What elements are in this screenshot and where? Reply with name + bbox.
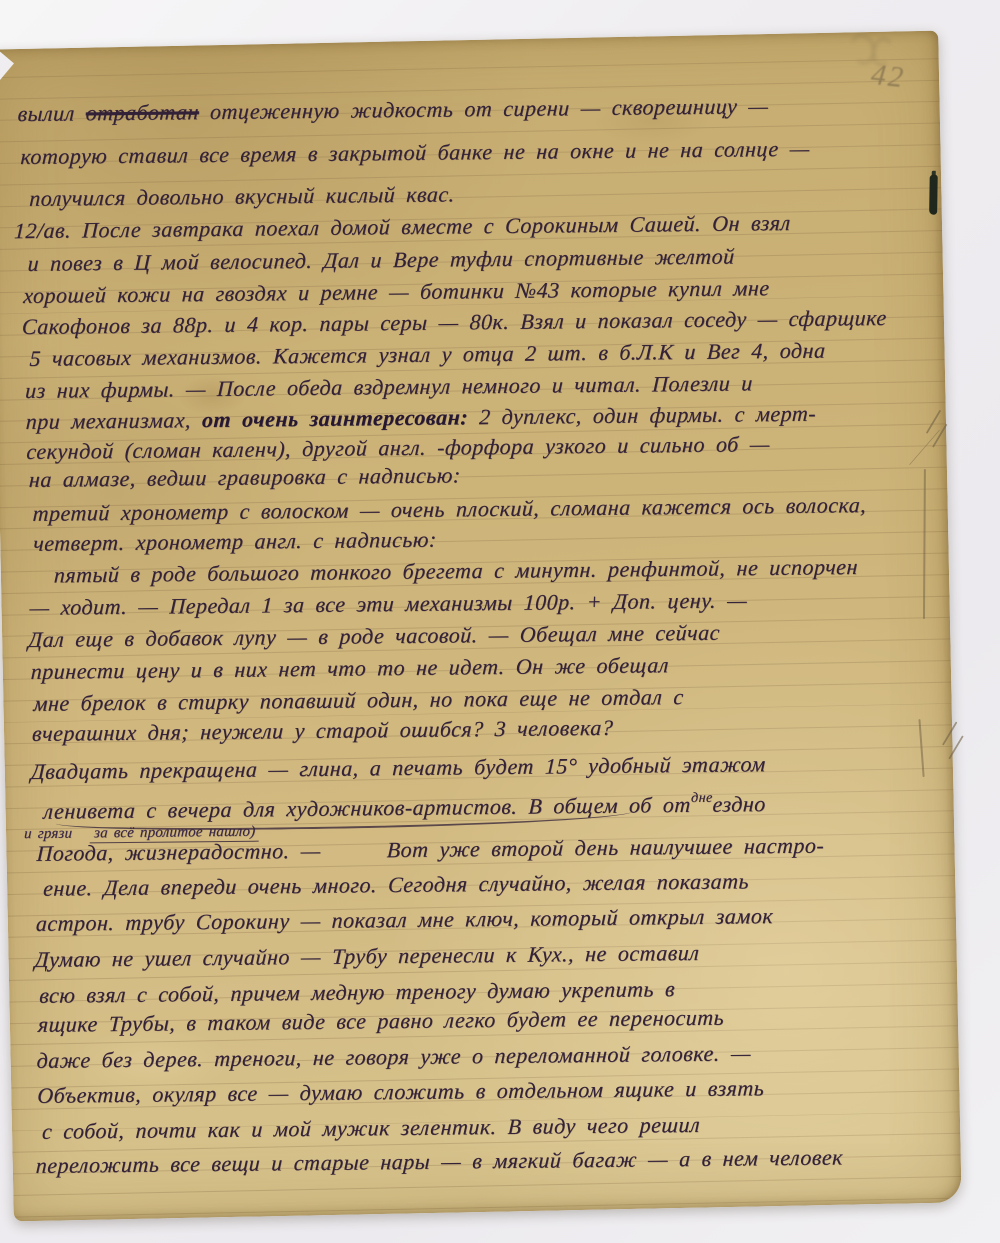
handwriting-segment: отработан — [85, 99, 199, 125]
handwritten-line: которую ставил все время в закрытой банк… — [20, 136, 810, 170]
pencil-slash-mark — [942, 721, 958, 745]
pencil-smudge — [846, 29, 899, 70]
handwriting-segment: Объектив, окуляр все — думаю сложить в о… — [37, 1075, 765, 1108]
handwriting-segment: 5 часовых механизмов. Кажется узнал у от… — [29, 338, 826, 371]
handwriting-block: вылил отработан отцеженную жидкость от с… — [0, 31, 938, 50]
handwriting-segment: с собой, почти как и мой мужик зелентик.… — [42, 1112, 701, 1144]
handwriting-segment: третий хронометр с волоском — очень плос… — [32, 492, 867, 526]
handwritten-line: вылил отработан отцеженную жидкость от с… — [17, 93, 769, 127]
handwritten-line: при механизмах, от очень заинтересован: … — [25, 401, 816, 435]
handwritten-line: пятый в роде большого тонкого брегета с … — [53, 554, 858, 588]
margin-pencil-line — [923, 469, 926, 619]
handwritten-line: с собой, почти как и мой мужик зелентик.… — [42, 1112, 701, 1145]
handwriting-segment: ящике Трубы, в таком виде все равно легк… — [37, 1005, 724, 1037]
handwriting-segment: которую ставил все время в закрытой банк… — [20, 136, 810, 169]
handwriting-segment: астрон. трубу Сорокину — показал мне клю… — [35, 903, 773, 936]
handwriting-segment: на алмазе, ведши гравировка с надписью: — [28, 462, 461, 492]
handwritten-line: мне брелок в стирку попавший один, но по… — [33, 684, 684, 717]
handwriting-segment: при механизмах, — [25, 407, 202, 434]
handwriting-segment: переложить все вещи и старые нары — в мя… — [35, 1144, 843, 1177]
handwritten-line: астрон. трубу Сорокину — показал мне клю… — [35, 903, 773, 937]
ink-blot — [929, 175, 938, 215]
handwriting-segment: из них фирмы. — После обеда вздремнул не… — [25, 370, 754, 403]
handwriting-segment: получился довольно вкусный кислый квас. — [29, 181, 455, 210]
handwriting-segment: Сакофонов за 88р. и 4 кор. пары серы — 8… — [21, 305, 887, 339]
handwritten-line: 5 часовых механизмов. Кажется узнал у от… — [29, 338, 826, 372]
pencil-slash-mark — [948, 735, 964, 759]
handwriting-segment: 12/ав. После завтрака поехал домой вмест… — [13, 210, 791, 243]
handwritten-line: принести цену и в них нет что то не идет… — [30, 652, 669, 685]
handwritten-line: ение. Дела впереди очень много. Сегодня … — [43, 868, 750, 901]
handwritten-line: Объектив, окуляр все — думаю сложить в о… — [37, 1075, 765, 1109]
handwritten-line: — ходит. — Передал 1 за все эти механизм… — [29, 587, 748, 621]
handwritten-line: Двадцать прекращена — глина, а печать бу… — [30, 751, 766, 785]
handwritten-line: переложить все вещи и старые нары — в мя… — [35, 1144, 843, 1178]
handwriting-segment: всю взял с собой, причем медную треногу … — [39, 976, 676, 1008]
margin-pencil-line — [918, 719, 924, 777]
handwritten-line: ящике Трубы, в таком виде все равно легк… — [37, 1005, 724, 1038]
handwritten-line: на алмазе, ведши гравировка с надписью: — [28, 462, 461, 493]
handwriting-segment: от очень заинтересован: — [202, 404, 469, 432]
handwriting-segment: вчерашних дня; неужели у старой ошибся? … — [32, 715, 614, 746]
diary-page: вылил отработан отцеженную жидкость от с… — [0, 31, 962, 1222]
handwritten-line: всю взял с собой, причем медную треногу … — [39, 976, 676, 1009]
handwriting-segment: 2 дуплекс, один фирмы. с мерт- — [468, 401, 817, 430]
handwriting-segment: отцеженную жидкость от сирени — скворешн… — [198, 93, 768, 124]
scan-background: вылил отработан отцеженную жидкость от с… — [0, 0, 1000, 1243]
handwritten-line: Сакофонов за 88р. и 4 кор. пары серы — 8… — [21, 305, 887, 340]
handwritten-line: вчерашних дня; неужели у старой ошибся? … — [32, 715, 614, 747]
handwriting-segment: мне брелок в стирку попавший один, но по… — [33, 684, 684, 716]
handwriting-segment: ездно — [712, 791, 766, 817]
handwriting-segment: ение. Дела впереди очень много. Сегодня … — [43, 868, 750, 900]
handwriting-segment: — ходит. — Передал 1 за все эти механизм… — [29, 587, 748, 620]
handwriting-segment: дне — [691, 791, 713, 806]
handwriting-segment: Дал еще в добавок лупу — в роде часовой.… — [28, 620, 721, 652]
handwriting-segment: Думаю не ушел случайно — Трубу перенесли… — [34, 940, 700, 972]
handwritten-line: 12/ав. После завтрака поехал домой вмест… — [13, 210, 791, 244]
handwritten-line: хорошей кожи на гвоздях и ремне — ботинк… — [23, 275, 770, 309]
handwritten-line: из них фирмы. — После обеда вздремнул не… — [25, 370, 754, 404]
handwriting-segment: Двадцать прекращена — глина, а печать бу… — [30, 751, 766, 784]
handwriting-segment: четверт. хронометр англ. с надписью: — [33, 527, 438, 556]
handwritten-line: секундой (сломан каленч), другой англ. -… — [26, 431, 771, 465]
handwritten-line: Думаю не ушел случайно — Трубу перенесли… — [34, 940, 700, 973]
handwritten-line: третий хронометр с волоском — очень плос… — [32, 492, 867, 527]
handwriting-segment: хорошей кожи на гвоздях и ремне — ботинк… — [23, 275, 770, 308]
handwritten-line: получился довольно вкусный кислый квас. — [29, 181, 455, 211]
handwritten-line: четверт. хронометр англ. с надписью: — [33, 527, 438, 557]
handwritten-line: даже без дерев. треноги, не говоря уже о… — [36, 1040, 751, 1073]
handwriting-segment: и повез в Ц мой велосипед. Дал и Вере ту… — [27, 244, 735, 276]
handwriting-segment: вылил — [17, 100, 86, 126]
pencil-slash-mark — [909, 430, 940, 465]
handwritten-line: Дал еще в добавок лупу — в роде часовой.… — [28, 620, 721, 653]
handwritten-line: и повез в Ц мой велосипед. Дал и Вере ту… — [27, 244, 735, 277]
handwriting-segment: пятый в роде большого тонкого брегета с … — [53, 554, 858, 587]
handwriting-segment: секундой (сломан каленч), другой англ. -… — [26, 431, 770, 464]
handwriting-segment: принести цену и в них нет что то не идет… — [30, 652, 669, 684]
handwriting-segment: даже без дерев. треноги, не говоря уже о… — [36, 1040, 751, 1072]
